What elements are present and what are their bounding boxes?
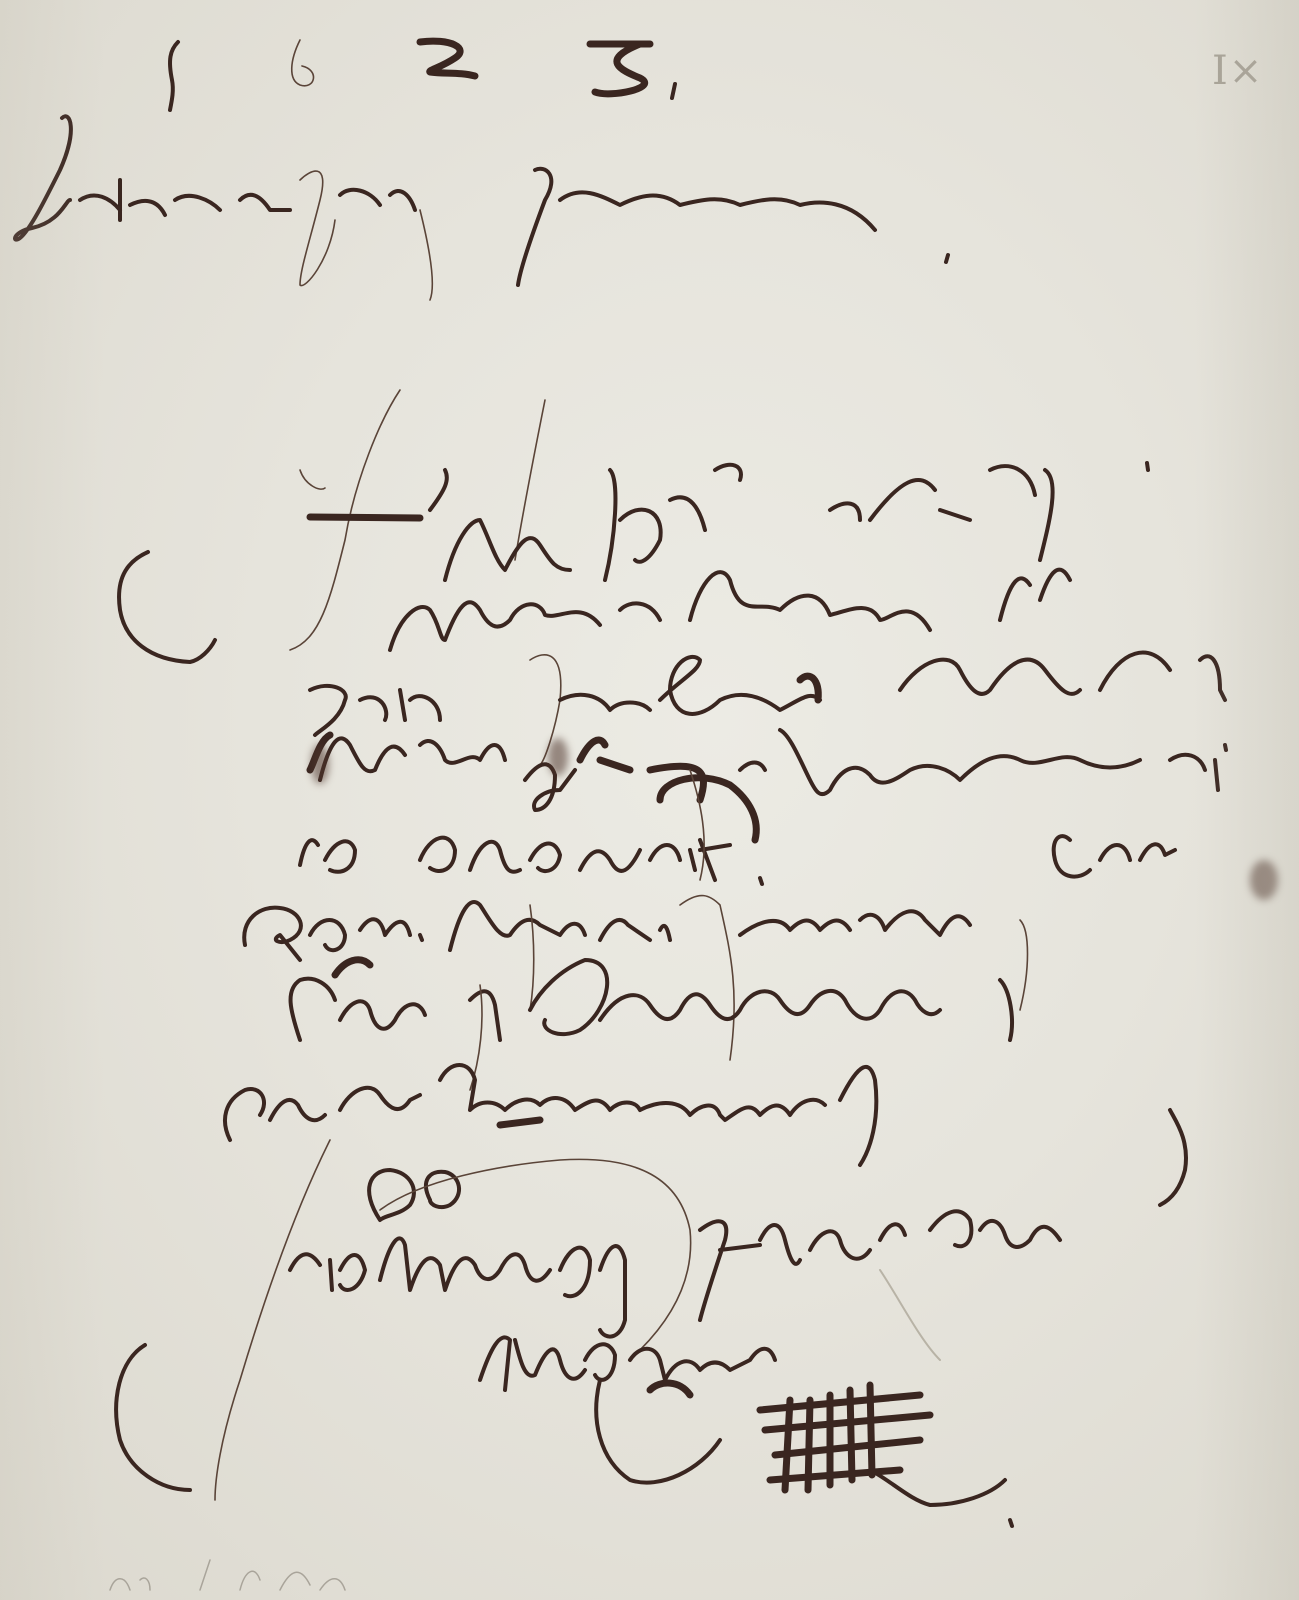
ink-blot: [311, 744, 329, 784]
ink-blot: [1250, 860, 1278, 900]
year: 1623.: [0, 0, 1, 1]
manuscript-page: I× 1623. Solamen spei patientia. Hunc li…: [0, 0, 1299, 1600]
handwriting-strokes: [0, 0, 1299, 1600]
ink-blot: [548, 738, 568, 776]
folio-mark: I×: [1212, 48, 1263, 94]
